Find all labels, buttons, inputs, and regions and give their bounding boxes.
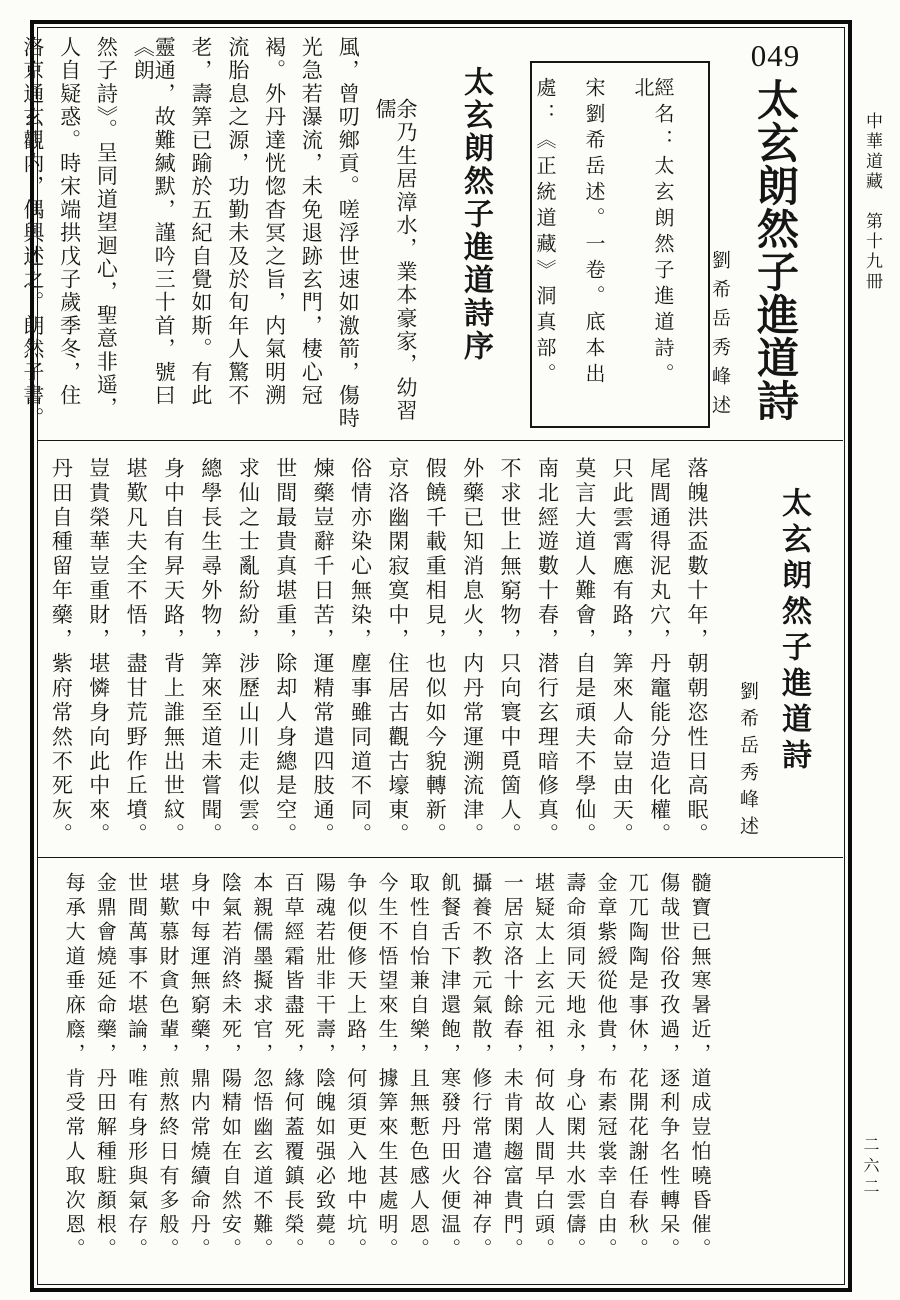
preface-column: 褐。外丹達恍惚杳冥之旨，内氣明溯 xyxy=(264,36,285,436)
poem-verse-column: 陰氣若消終未死，陽精如在自然安。 xyxy=(220,872,240,1274)
preface-title: 太玄朗然子進道詩序 xyxy=(449,66,501,376)
poem-verse-column: 身中每運無窮藥，鼎内常燒續命丹。 xyxy=(188,872,208,1274)
poem-verse-column: 壽命須同天地永，身心閑共水雲儔。 xyxy=(564,872,584,1274)
poem-verse-column: 傷哉世俗孜孜過，逐利争名性轉呆。 xyxy=(658,872,678,1274)
poem-verse-column: 陽魂若壯非干壽，陰魄如强必致薨。 xyxy=(313,872,333,1274)
poem-verse-column: 髓寶已無寒暑近，道成豈怕曉昏催。 xyxy=(689,872,709,1274)
poem-verse-column: 堪疑太上玄元祖，何故人間早白頭。 xyxy=(533,872,553,1274)
header-section: 049 太玄朗然子進道詩 劉希岳秀峰述 經名：太玄朗然子進道詩。北 宋劉希岳述。… xyxy=(38,28,843,440)
poem-verse-column: 煉藥豈辭千日苦，運精常遣四肢通。 xyxy=(312,457,333,855)
poem-verse-column: 堪歎凡夫全不悟，盡甘荒野作丘墳。 xyxy=(125,457,146,855)
poem-verse-column: 堪歎慕財貪色輩，煎熬終日有多般。 xyxy=(157,872,177,1274)
poem-verse-column: 一居京洛十餘春，未肯閑趨富貴門。 xyxy=(501,872,521,1274)
preface-column: 洛京通玄觀内，偶興述之。朗然子書。 xyxy=(22,36,43,436)
poem-verse-column: 金章紫綬從他貴，布素冠裳幸自由。 xyxy=(595,872,615,1274)
colophon-box: 經名：太玄朗然子進道詩。北 宋劉希岳述。一卷。底本出 處：《正統道藏》洞真部。 xyxy=(530,61,710,428)
poem-verse-column: 金鼎會燒延命藥，丹田解種駐顏根。 xyxy=(94,872,114,1274)
poem-verse-column: 世間最貴真堪重，除却人身總是空。 xyxy=(275,457,296,855)
poem-verse-column: 不求世上無窮物，只向寰中覓箇人。 xyxy=(499,457,520,855)
preface-column: 光急若瀑流，未免退跡玄門，棲心冠 xyxy=(300,36,321,436)
poem-verse-column: 飢餐舌下津還飽，寒發丹田火便温。 xyxy=(439,872,459,1274)
poem-section-upper: 太玄朗然子進道詩 劉希岳秀峰述 落魄洪盃數十年，朝朝恣性日高眠。 尾閭通得泥丸穴… xyxy=(38,440,843,857)
poem-verse-column: 百草經霜皆盡死，緣何蓋覆鎮長榮。 xyxy=(282,872,302,1274)
poem-author: 劉希岳秀峰述 xyxy=(730,681,764,851)
poem-verse-column: 身中自有昇天路，背上誰無出世紋。 xyxy=(163,457,184,855)
poem-text-upper: 落魄洪盃數十年，朝朝恣性日高眠。 尾閭通得泥丸穴，丹竈能分造化權。 只此雲霄應有… xyxy=(34,457,707,855)
poem-verse-column: 南北經遊數十春，潜行玄理暗修真。 xyxy=(536,457,557,855)
poem-section-lower: 髓寶已無寒暑近，道成豈怕曉昏催。 傷哉世俗孜孜過，逐利争名性轉呆。 兀兀陶陶是事… xyxy=(38,857,843,1283)
preface-column: 風，曾叨鄉貢。嗟浮世速如激箭，傷時 xyxy=(337,36,358,436)
poem-verse-column: 本親儒墨擬求官，忽悟幽玄道不難。 xyxy=(251,872,271,1274)
inner-frame: 049 太玄朗然子進道詩 劉希岳秀峰述 經名：太玄朗然子進道詩。北 宋劉希岳述。… xyxy=(37,27,845,1285)
main-title: 太玄朗然子進道詩 xyxy=(749,78,799,438)
outer-frame: 049 太玄朗然子進道詩 劉希岳秀峰述 經名：太玄朗然子進道詩。北 宋劉希岳述。… xyxy=(30,20,852,1292)
colophon-line: 處：《正統道藏》洞真部。 xyxy=(534,77,554,414)
colophon-line: 經名：太玄朗然子進道詩。北 xyxy=(632,77,672,414)
poem-verse-column: 外藥已知消息火，内丹常運溯流津。 xyxy=(462,457,483,855)
preface-column: 流胎息之源，功勤未及於旬年人驚不 xyxy=(227,36,248,436)
poem-verse-column: 取性自怡兼自樂，且無慙色感人恩。 xyxy=(407,872,427,1274)
poem-verse-column: 每承大道垂庥廕，肯受常人取次恩。 xyxy=(63,872,83,1274)
poem-verse-column: 假饒千載重相見，也似如今貌轉新。 xyxy=(424,457,445,855)
preface-column: 余乃生居漳水，業本豪家，幼習儒 xyxy=(374,36,416,436)
preface-column: 人自疑惑。時宋端拱戊子歲季冬，住 xyxy=(59,36,80,436)
preface-column: 然子詩》。呈同道望迴心，聖意非遥， xyxy=(95,36,116,436)
poem-verse-column: 尾閭通得泥丸穴，丹竈能分造化權。 xyxy=(649,457,670,855)
scanned-book-page: 中華道藏 第十九冊 二六二 049 太玄朗然子進道詩 劉希岳秀峰述 經名：太玄朗… xyxy=(0,0,900,1300)
poem-text-lower: 髓寶已無寒暑近，道成豈怕曉昏催。 傷哉世俗孜孜過，逐利争名性轉呆。 兀兀陶陶是事… xyxy=(52,872,709,1274)
poem-verse-column: 俗情亦染心無染，塵事雖同道不同。 xyxy=(349,457,370,855)
colophon-line: 宋劉希岳述。一卷。底本出 xyxy=(583,77,603,414)
poem-verse-column: 只此雲霄應有路，筭來人命豈由天。 xyxy=(611,457,632,855)
poem-verse-column: 求仙之士亂紛紛，涉歷山川走似雲。 xyxy=(237,457,258,855)
poem-verse-column: 兀兀陶陶是事休，花開花謝任春秋。 xyxy=(626,872,646,1274)
preface-text: 余乃生居漳水，業本豪家，幼習儒 風，曾叨鄉貢。嗟浮世速如激箭，傷時 光急若瀑流，… xyxy=(42,36,416,436)
poem-verse-column: 京洛幽閑寂寞中，住居古觀古壕東。 xyxy=(387,457,408,855)
preface-column: 老，壽筭已踰於五紀自覺如斯。有此 xyxy=(190,36,211,436)
poem-verse-column: 争似便修天上路，何須更入地中坑。 xyxy=(345,872,365,1274)
poem-verse-column: 落魄洪盃數十年，朝朝恣性日高眠。 xyxy=(686,457,707,855)
serial-number: 049 xyxy=(733,38,818,74)
poem-verse-column: 豈貴榮華豈重財，堪憐身向此中來。 xyxy=(88,457,109,855)
poem-verse-column: 攝養不教元氣散，修行常遣谷神存。 xyxy=(470,872,490,1274)
preface-column: 靈通，故難緘默，謹吟三十首，號曰《朗 xyxy=(132,36,174,436)
poem-title: 太玄朗然子進道詩 xyxy=(767,487,819,797)
page-number: 二六二 xyxy=(854,1136,884,1226)
poem-verse-column: 莫言大道人難會，自是頑夫不學仙。 xyxy=(574,457,595,855)
poem-verse-column: 丹田自種留年藥，紫府常然不死灰。 xyxy=(50,457,71,855)
volume-label: 中華道藏 第十九冊 xyxy=(855,112,889,312)
poem-verse-column: 今生不悟望來生，據筭來生甚處明。 xyxy=(376,872,396,1274)
poem-verse-column: 世間萬事不堪論，唯有身形與氣存。 xyxy=(126,872,146,1274)
poem-verse-column: 總學長生尋外物，筭來至道未嘗聞。 xyxy=(200,457,221,855)
